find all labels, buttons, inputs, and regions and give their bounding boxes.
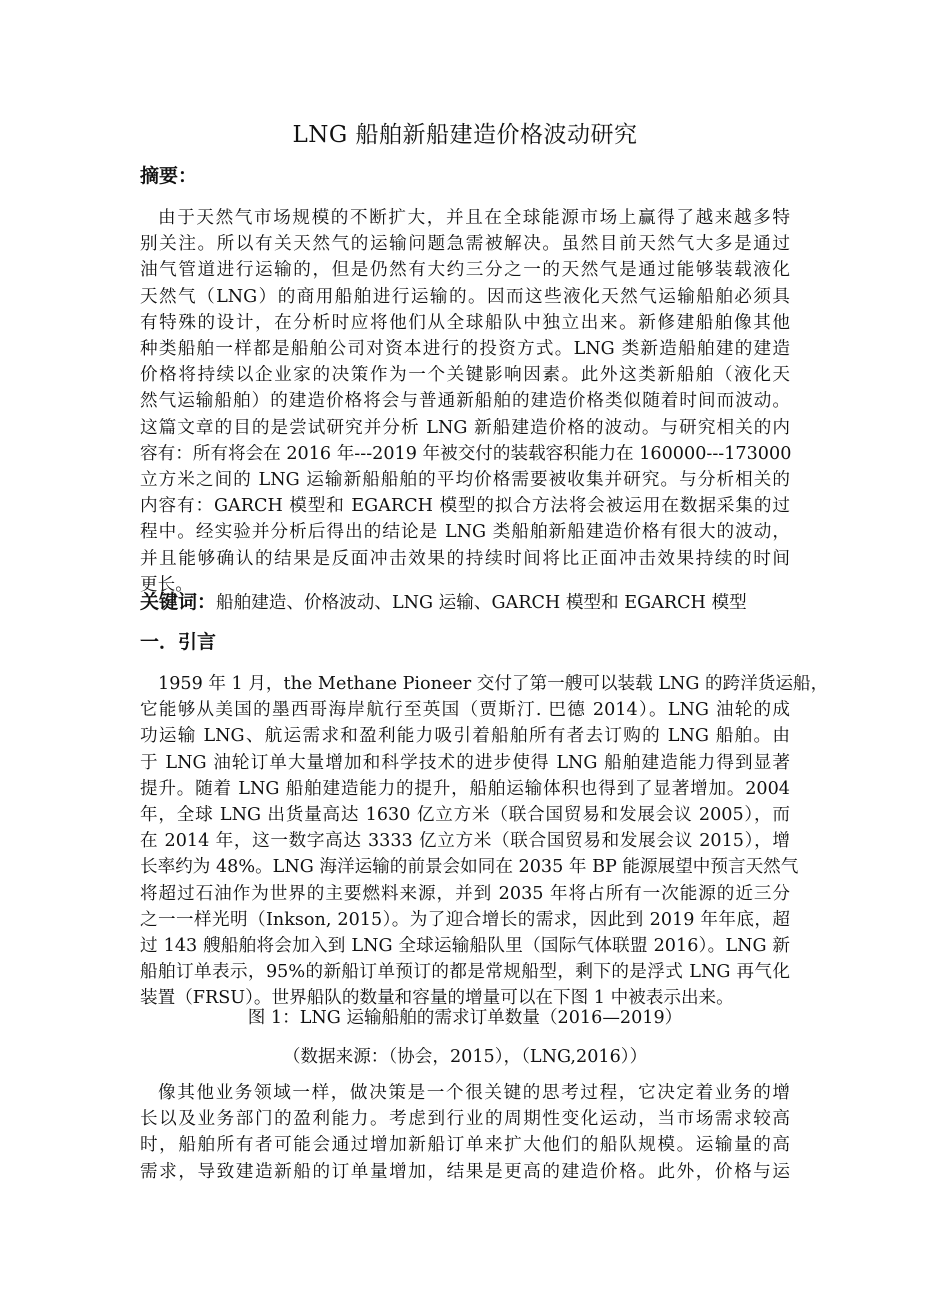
abstract-paragraph: 由于天然气市场规模的不断扩大，并且在全球能源市场上赢得了越来越多特 别关注。所以…: [140, 205, 790, 598]
text-line: 长以及业务部门的盈利能力。考虑到行业的周期性变化运动，当市场需求较高: [140, 1106, 790, 1132]
keywords-value: 船舶建造、价格波动、LNG 运输、GARCH 模型和 EGARCH 模型: [216, 593, 747, 613]
text-line: 立方米之间的 LNG 运输新船船舶的平均价格需要被收集并研究。与分析相关的: [140, 467, 790, 493]
text-line: 由于天然气市场规模的不断扩大，并且在全球能源市场上赢得了越来越多特: [140, 205, 790, 231]
text-line: 过 143 艘船舶将会加入到 LNG 全球运输船队里（国际气体联盟 2016）。…: [140, 933, 790, 959]
text-line: 于 LNG 油轮订单大量增加和科学技术的进步使得 LNG 船舶建造能力得到显著: [140, 750, 790, 776]
text-line: 天然气（LNG）的商用船舶进行运输的。因而这些液化天然气运输船舶必须具: [140, 284, 790, 310]
text-line: 在 2014 年，这一数字高达 3333 亿立方米（联合国贸易和发展会议 201…: [140, 828, 790, 854]
text-line: 程中。经实验并分析后得出的结论是 LNG 类船舶新船建造价格有很大的波动，: [140, 519, 790, 545]
text-line: 功运输 LNG、航运需求和盈利能力吸引着船舶所有者去订购的 LNG 船舶。由: [140, 723, 790, 749]
text-line: 船舶订单表示，95%的新船订单预订的都是常规船型，剩下的是浮式 LNG 再气化: [140, 959, 790, 985]
keywords-label: 关键词：: [140, 591, 216, 613]
text-line: 像其他业务领域一样，做决策是一个很关键的思考过程，它决定着业务的增: [140, 1080, 790, 1106]
text-line: 内容有：GARCH 模型和 EGARCH 模型的拟合方法将会被运用在数据采集的过: [140, 493, 790, 519]
text-line: 将超过石油作为世界的主要燃料来源，并到 2035 年将占所有一次能源的近三分: [140, 881, 790, 907]
section-heading-introduction: 一．引言: [140, 627, 216, 654]
text-line: 时，船舶所有者可能会通过增加新船订单来扩大他们的船队规模。运输量的高: [140, 1132, 790, 1158]
body-paragraph: 像其他业务领域一样，做决策是一个很关键的思考过程，它决定着业务的增 长以及业务部…: [140, 1080, 790, 1185]
keywords: 关键词：船舶建造、价格波动、LNG 运输、GARCH 模型和 EGARCH 模型: [140, 587, 747, 614]
text-line: 种类船舶一样都是船舶公司对资本进行的投资方式。LNG 类新造船舶建的建造: [140, 336, 790, 362]
text-line: 油气管道进行运输的，但是仍然有大约三分之一的天然气是通过能够装载液化: [140, 257, 790, 283]
text-line: 有特殊的设计，在分析时应将他们从全球船队中独立出来。新修建船舶像其他: [140, 310, 790, 336]
text-line: 之一一样光明（Inkson, 2015）。为了迎合增长的需求，因此到 2019 …: [140, 907, 790, 933]
figure-source: （数据来源：（协会，2015），（LNG,2016））: [140, 1043, 790, 1068]
text-line: 并且能够确认的结果是反面冲击效果的持续时间将比正面冲击效果持续的时间: [140, 546, 790, 572]
text-line: 然气运输船舶）的建造价格将会与普通新船舶的建造价格类似随着时间而波动。: [140, 388, 790, 414]
text-line: 需求，导致建造新船的订单量增加，结果是更高的建造价格。此外，价格与运: [140, 1159, 790, 1185]
text-line: 价格将持续以企业家的决策作为一个关键影响因素。此外这类新船舶（液化天: [140, 362, 790, 388]
abstract-heading: 摘要：: [140, 161, 197, 188]
text-line: 它能够从美国的墨西哥海岸航行至英国（贾斯汀. 巴德 2014）。LNG 油轮的成: [140, 697, 790, 723]
text-line: 这篇文章的目的是尝试研究并分析 LNG 新船建造价格的波动。与研究相关的内: [140, 415, 790, 441]
text-line: 长率约为 48%。LNG 海洋运输的前景会如同在 2035 年 BP 能源展望中…: [140, 854, 790, 880]
text-line: 年，全球 LNG 出货量高达 1630 亿立方米（联合国贸易和发展会议 2005…: [140, 802, 790, 828]
text-line: 1959 年 1 月，the Methane Pioneer 交付了第一艘可以装…: [140, 671, 790, 697]
text-line: 容有：所有将会在 2016 年---2019 年被交付的装载容积能力在 1600…: [140, 441, 790, 467]
text-line: 提升。随着 LNG 船舶建造能力的提升，船舶运输体积也得到了显著增加。2004: [140, 776, 790, 802]
figure-caption: 图 1：LNG 运输船舶的需求订单数量（2016—2019）: [140, 1004, 790, 1029]
document-title: LNG 船舶新船建造价格波动研究: [140, 116, 790, 149]
text-line: 别关注。所以有关天然气的运输问题急需被解决。虽然目前天然气大多是通过: [140, 231, 790, 257]
introduction-paragraph: 1959 年 1 月，the Methane Pioneer 交付了第一艘可以装…: [140, 671, 790, 1012]
